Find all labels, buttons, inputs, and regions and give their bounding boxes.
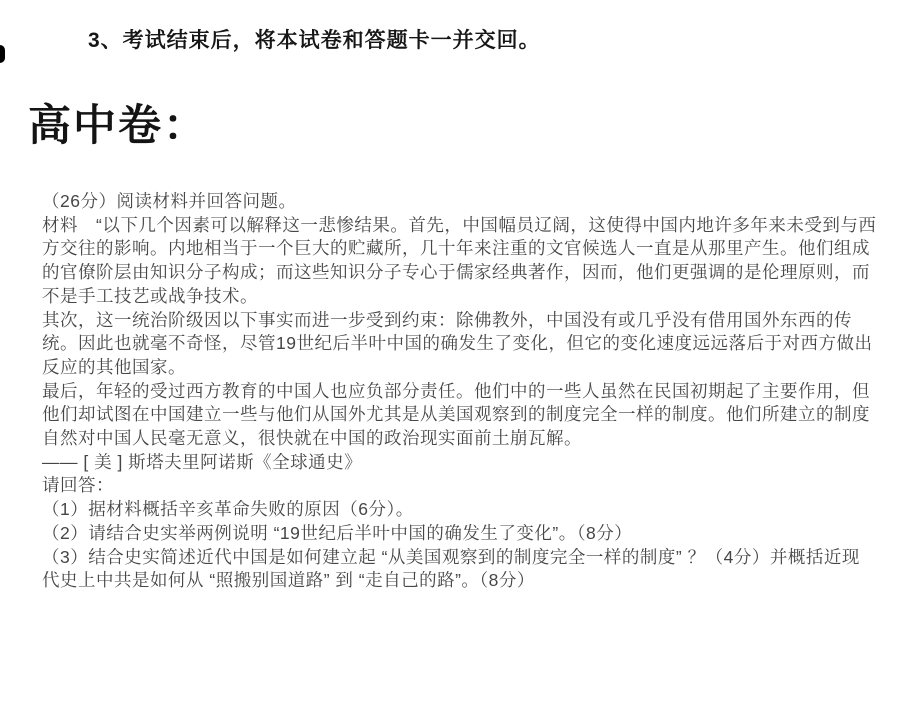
text-line: 其次，这一统治阶级因以下事实而进一步受到约束：除佛教外，中国没有或几乎没有借用国… (42, 309, 887, 333)
answer-prompt: 请回答： (42, 474, 887, 498)
text-line: 的官僚阶层由知识分子构成；而这些知识分子专心于儒家经典著作，因而，他们更强调的是… (42, 261, 887, 285)
question-3-continued: 代史上中共是如何从 “照搬别国道路” 到 “走自己的路”。（8分） (42, 569, 887, 593)
question-2: （2）请结合史实举两例说明 “19世纪后半叶中国的确发生了变化”。（8分） (42, 522, 887, 546)
exam-instruction: 3、考试结束后，将本试卷和答题卡一并交回。 (88, 24, 541, 54)
text-line: 最后，年轻的受过西方教育的中国人也应负部分责任。他们中的一些人虽然在民国初期起了… (42, 380, 887, 404)
text-line: （26分）阅读材料并回答问题。 (42, 190, 887, 214)
exam-paper-page: 3、考试结束后，将本试卷和答题卡一并交回。 高中卷： （26分）阅读材料并回答问… (0, 0, 900, 703)
text-line: 他们却试图在中国建立一些与他们从国外尤其是从美国观察到的制度完全一样的制度。他们… (42, 403, 887, 427)
text-line: 自然对中国人民毫无意义，很快就在中国的政治现实面前土崩瓦解。 (42, 427, 887, 451)
source-attribution: —— [ 美 ] 斯塔夫里阿诺斯《全球通史》 (42, 451, 887, 475)
text-line: 不是手工技艺或战争技术。 (42, 285, 887, 309)
text-line: 方交往的影响。内地相当于一个巨大的贮藏所，几十年来注重的文官候选人一直是从那里产… (42, 237, 887, 261)
question-1: （1）据材料概括辛亥革命失败的原因（6分）。 (42, 498, 887, 522)
section-title: 高中卷： (28, 92, 208, 153)
question-3: （3）结合史实简述近代中国是如何建立起 “从美国观察到的制度完全一样的制度” ？… (42, 546, 887, 570)
text-line: 统。因此也就毫不奇怪，尽管19世纪后半叶中国的确发生了变化，但它的变化速度远远落… (42, 332, 887, 356)
text-line: 材料 “以下几个因素可以解释这一悲惨结果。首先，中国幅员辽阔，这使得中国内地许多… (42, 214, 887, 238)
cutoff-glyph (0, 45, 5, 63)
material-text-block: （26分）阅读材料并回答问题。 材料 “以下几个因素可以解释这一悲惨结果。首先，… (42, 190, 887, 593)
text-line: 反应的其他国家。 (42, 356, 887, 380)
